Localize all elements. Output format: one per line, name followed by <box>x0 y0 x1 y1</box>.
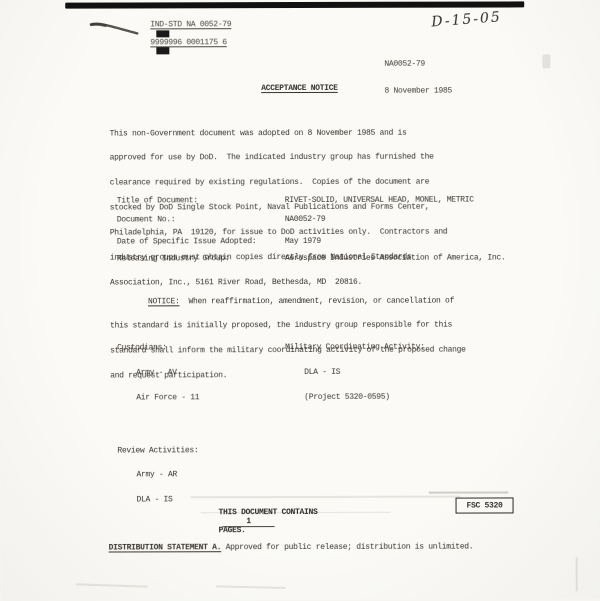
page-title: ACCEPTANCE NOTICE <box>54 84 544 94</box>
document-number: NA0052-79 <box>384 60 452 69</box>
scanned-document-page: IND-STD NA 0052-79 9999996 0001175 6 D-1… <box>0 0 600 600</box>
field-value: RIVET-SOLID, UNIVERSAL HEAD, MONEL, METR… <box>285 197 474 206</box>
field-label: Document No.: <box>117 216 285 225</box>
scan-smudge <box>216 585 286 588</box>
barcode-block-icon <box>156 47 169 54</box>
document-header-code-line: IND-STD NA 0052-79 9999996 0001175 6 <box>132 13 231 64</box>
distribution-statement: DISTRIBUTION STATEMENT A. Approved for p… <box>91 536 474 562</box>
military-activity-item: DLA - IS <box>285 369 425 378</box>
military-coordinating-activity-block: Military Coordinating Activity: DLA - IS… <box>285 328 425 419</box>
field-value: May 1979 <box>285 238 321 246</box>
field-value: NA0052-79 <box>285 216 326 224</box>
contains-prefix: THIS DOCUMENT CONTAINS <box>219 508 318 517</box>
notice-line: NOTICE: When reaffirmation, amendment, r… <box>110 297 466 306</box>
scan-smudge <box>76 583 148 587</box>
review-item: DLA - IS <box>118 496 200 504</box>
review-heading: Review Activities: <box>117 447 199 455</box>
military-activity-heading: Military Coordinating Activity: <box>285 344 425 353</box>
barcode-block-icon <box>156 30 169 37</box>
scan-smudge <box>429 491 509 493</box>
field-label: Date of Specific Issue Adopted: <box>117 238 285 247</box>
custodian-item: Army - AV <box>117 369 199 377</box>
scan-smudge <box>576 557 578 591</box>
field-label: Title of Document: <box>117 197 285 206</box>
military-activity-item: (Project 5320-0595) <box>285 393 425 402</box>
field-releasing-group: Releasing Industry Group: Aerospace Indu… <box>117 254 506 263</box>
field-title-of-document: Title of Document: RIVET-SOLID, UNIVERSA… <box>117 197 474 206</box>
field-date-adopted: Date of Specific Issue Adopted: May 1979 <box>117 238 321 247</box>
scan-smudge <box>191 496 461 498</box>
fsc-code-box: FSC 5320 <box>456 497 514 513</box>
intro-paragraph: This non-Government document was adopted… <box>110 113 448 305</box>
document-id-block: NA0052-79 8 November 1985 <box>384 42 452 114</box>
review-item: Army - AR <box>117 472 199 480</box>
scanner-edge-black-bar <box>65 1 524 8</box>
header-doc-code: IND-STD NA 0052-79 <box>150 20 231 29</box>
scan-smudge <box>542 54 550 68</box>
handwritten-pen-mark <box>89 18 141 38</box>
field-label: Releasing Industry Group: <box>117 255 285 264</box>
notice-label: NOTICE: <box>148 297 180 306</box>
field-value: Aerospace Industries Association of Amer… <box>285 254 506 263</box>
handwritten-note: D-15-05 <box>431 7 542 31</box>
intro-line: clearance required by existing regulatio… <box>110 179 448 188</box>
custodian-item: Air Force - 11 <box>117 394 199 402</box>
distribution-label: DISTRIBUTION STATEMENT A. <box>109 544 222 553</box>
contains-suffix: PAGES. <box>219 526 246 535</box>
custodians-and-review-block: Custodians: Army - AV Air Force - 11 Rev… <box>117 328 200 521</box>
header-serial: 9999996 0001175 6 <box>150 38 227 47</box>
distribution-text: Approved for public release; distributio… <box>221 543 473 553</box>
intro-line: This non-Government document was adopted… <box>110 129 448 138</box>
field-document-number: Document No.: NA0052-79 <box>117 216 326 225</box>
custodians-heading: Custodians: <box>117 345 199 353</box>
intro-line: approved for use by DoD. The indicated i… <box>110 154 448 163</box>
